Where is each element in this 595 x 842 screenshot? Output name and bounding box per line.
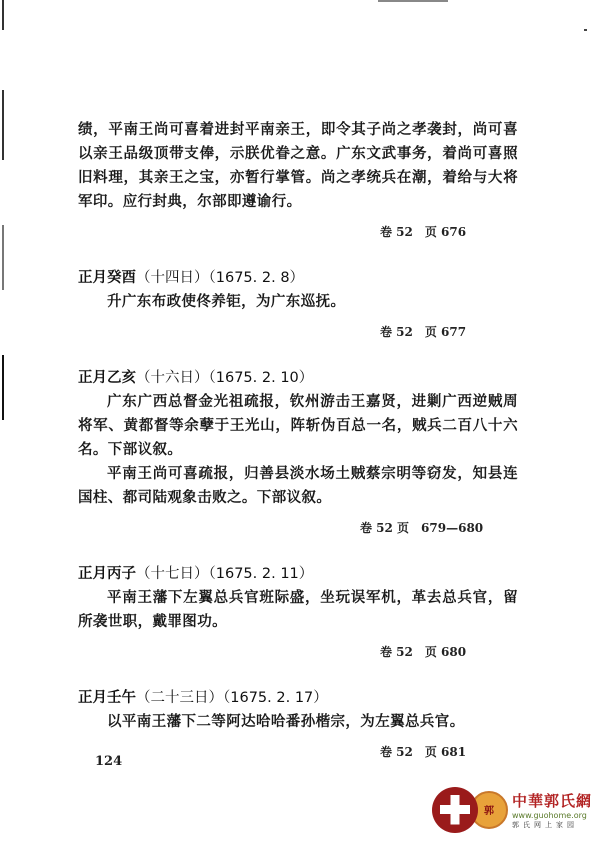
citation: 卷 52 页 677	[78, 320, 518, 344]
entry-day: （十七日）	[136, 566, 209, 582]
document-page: 绩，平南王尚可喜着进封平南亲王，即令其子尚之孝袭封，尚可喜以亲王品级顶带支俸，示…	[78, 118, 518, 764]
entry-0: 正月癸酉（十四日）（1675. 2. 8） 升广东布政使佟养钜，为广东巡抚。 卷…	[78, 266, 518, 344]
entry-ganzhi: 正月癸酉	[78, 270, 136, 286]
citation: 卷 52 页 676	[78, 220, 518, 244]
entry-date: （1675. 2. 10）	[209, 370, 314, 386]
entry-paragraph: 平南王尚可喜疏报，归善县淡水场土贼蔡宗明等窃发，知县连国柱、都司陆观象击败之。下…	[78, 462, 518, 510]
scan-edge-mark	[2, 355, 4, 420]
entry-heading: 正月丙子（十七日）（1675. 2. 11）	[78, 562, 518, 586]
entry-paragraph: 升广东布政使佟养钜，为广东巡抚。	[78, 290, 518, 314]
scan-artifact-top	[378, 0, 448, 2]
citation: 卷 52 页 681	[78, 740, 518, 764]
entry-paragraph: 广东广西总督金光祖疏报，钦州游击王嘉贤，进剿广西逆贼周将军、黄都督等余孽于王光山…	[78, 390, 518, 462]
page-number: 124	[95, 754, 122, 769]
entry-1: 正月乙亥（十六日）（1675. 2. 10） 广东广西总督金光祖疏报，钦州游击王…	[78, 366, 518, 540]
entry-date: （1675. 2. 17）	[223, 690, 328, 706]
cross-emblem-icon	[432, 787, 478, 833]
entry-date: （1675. 2. 8）	[209, 270, 305, 286]
entry-ganzhi: 正月乙亥	[78, 370, 136, 386]
citation: 卷 52 页 680	[78, 640, 518, 664]
entry-day: （十四日）	[136, 270, 209, 286]
scan-edge-mark	[2, 90, 4, 160]
entry-date: （1675. 2. 11）	[209, 566, 314, 582]
scan-artifact-dot	[584, 29, 587, 31]
citation: 卷 52 页 679—680	[78, 516, 518, 540]
entry-ganzhi: 正月丙子	[78, 566, 136, 582]
scan-edge-mark	[2, 225, 4, 290]
entry-2: 正月丙子（十七日）（1675. 2. 11） 平南王藩下左翼总兵官班际盛，坐玩误…	[78, 562, 518, 664]
entry-3: 正月壬午（二十三日）（1675. 2. 17） 以平南王藩下二等阿达哈哈番孙楷宗…	[78, 686, 518, 764]
watermark-url: www.guohome.org	[512, 811, 592, 820]
entry-heading: 正月乙亥（十六日）（1675. 2. 10）	[78, 366, 518, 390]
entry-heading: 正月壬午（二十三日）（1675. 2. 17）	[78, 686, 518, 710]
entry-heading: 正月癸酉（十四日）（1675. 2. 8）	[78, 266, 518, 290]
entry-paragraph: 平南王藩下左翼总兵官班际盛，坐玩误军机，革去总兵官，留所袭世职，戴罪图功。	[78, 586, 518, 634]
watermark-text: 中華郭氏網 www.guohome.org 郭氏网上家园	[512, 790, 592, 830]
entry-day: （二十三日）	[136, 690, 223, 706]
intro-paragraph: 绩，平南王尚可喜着进封平南亲王，即令其子尚之孝袭封，尚可喜以亲王品级顶带支俸，示…	[78, 118, 518, 214]
watermark-slogan: 郭氏网上家园	[512, 820, 592, 830]
entry-paragraph: 以平南王藩下二等阿达哈哈番孙楷宗，为左翼总兵官。	[78, 710, 518, 734]
scan-edge-mark	[2, 0, 4, 30]
entry-ganzhi: 正月壬午	[78, 690, 136, 706]
watermark-title: 中華郭氏網	[512, 790, 592, 811]
site-watermark-logo: 郭 中華郭氏網 www.guohome.org 郭氏网上家园	[432, 782, 592, 837]
entry-day: （十六日）	[136, 370, 209, 386]
